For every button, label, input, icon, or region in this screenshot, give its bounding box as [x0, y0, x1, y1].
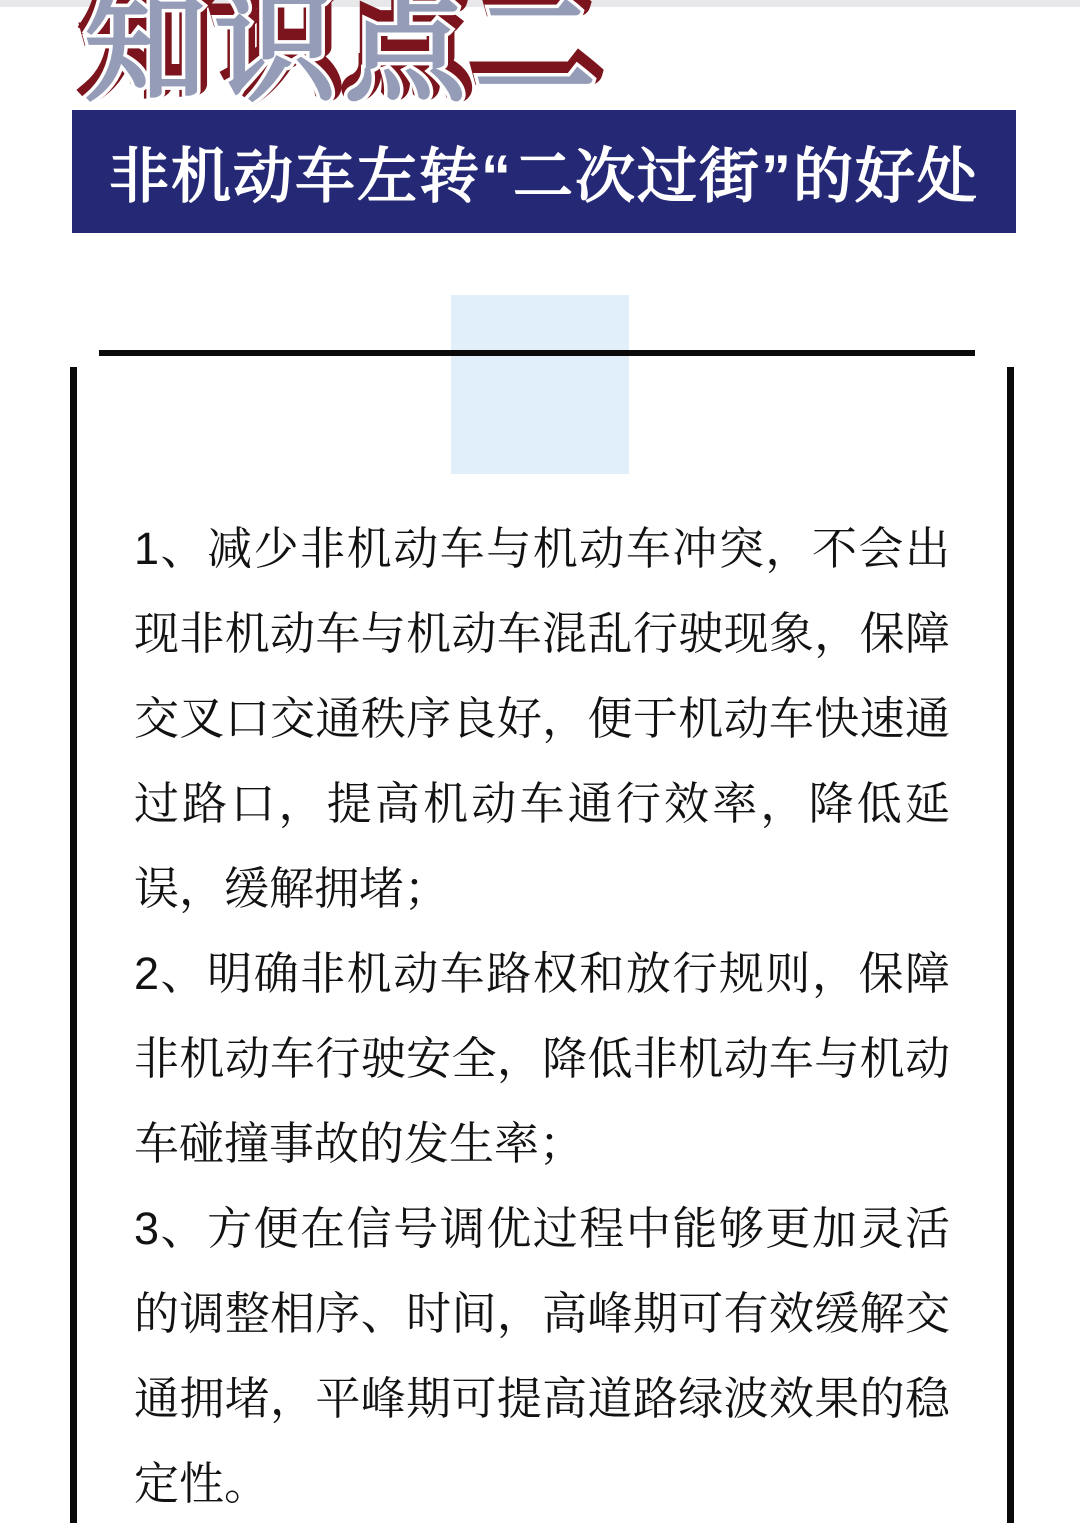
- banner-title: 非机动车左转“二次过街”的好处: [109, 129, 979, 215]
- banner: 非机动车左转“二次过街”的好处: [72, 110, 1016, 233]
- left-border-line: [70, 367, 77, 1523]
- text-line: 现非机动车与机动车混乱行驶现象，保障: [134, 591, 950, 676]
- page: 知识点二 知识点二 知识点二 非机动车左转“二次过街”的好处 1、减少非机动车与…: [0, 0, 1080, 1523]
- text-line: 非机动车行驶安全，降低非机动车与机动: [134, 1016, 950, 1101]
- text-line: 定性。: [134, 1441, 950, 1523]
- text-line: 车碰撞事故的发生率；: [134, 1101, 950, 1186]
- text-line: 误，缓解拥堵；: [134, 846, 950, 931]
- divider-line: [99, 350, 975, 356]
- text-line: 3、方便在信号调优过程中能够更加灵活: [134, 1186, 950, 1271]
- text-line: 通拥堵，平峰期可提高道路绿波效果的稳: [134, 1356, 950, 1441]
- text-line: 2、明确非机动车路权和放行规则，保障: [134, 931, 950, 1016]
- title-graphic-text: 知识点二: [84, 0, 604, 112]
- text-line: 过路口，提高机动车通行效率，降低延: [134, 761, 950, 846]
- text-line: 的调整相序、时间，高峰期可有效缓解交: [134, 1271, 950, 1356]
- text-line: 1、减少非机动车与机动车冲突，不会出: [134, 506, 950, 591]
- text-line: 交叉口交通秩序良好，便于机动车快速通: [134, 676, 950, 761]
- highlight-block: [451, 295, 629, 474]
- body-text: 1、减少非机动车与机动车冲突，不会出 现非机动车与机动车混乱行驶现象，保障 交叉…: [134, 506, 950, 1523]
- right-border-line: [1007, 367, 1014, 1523]
